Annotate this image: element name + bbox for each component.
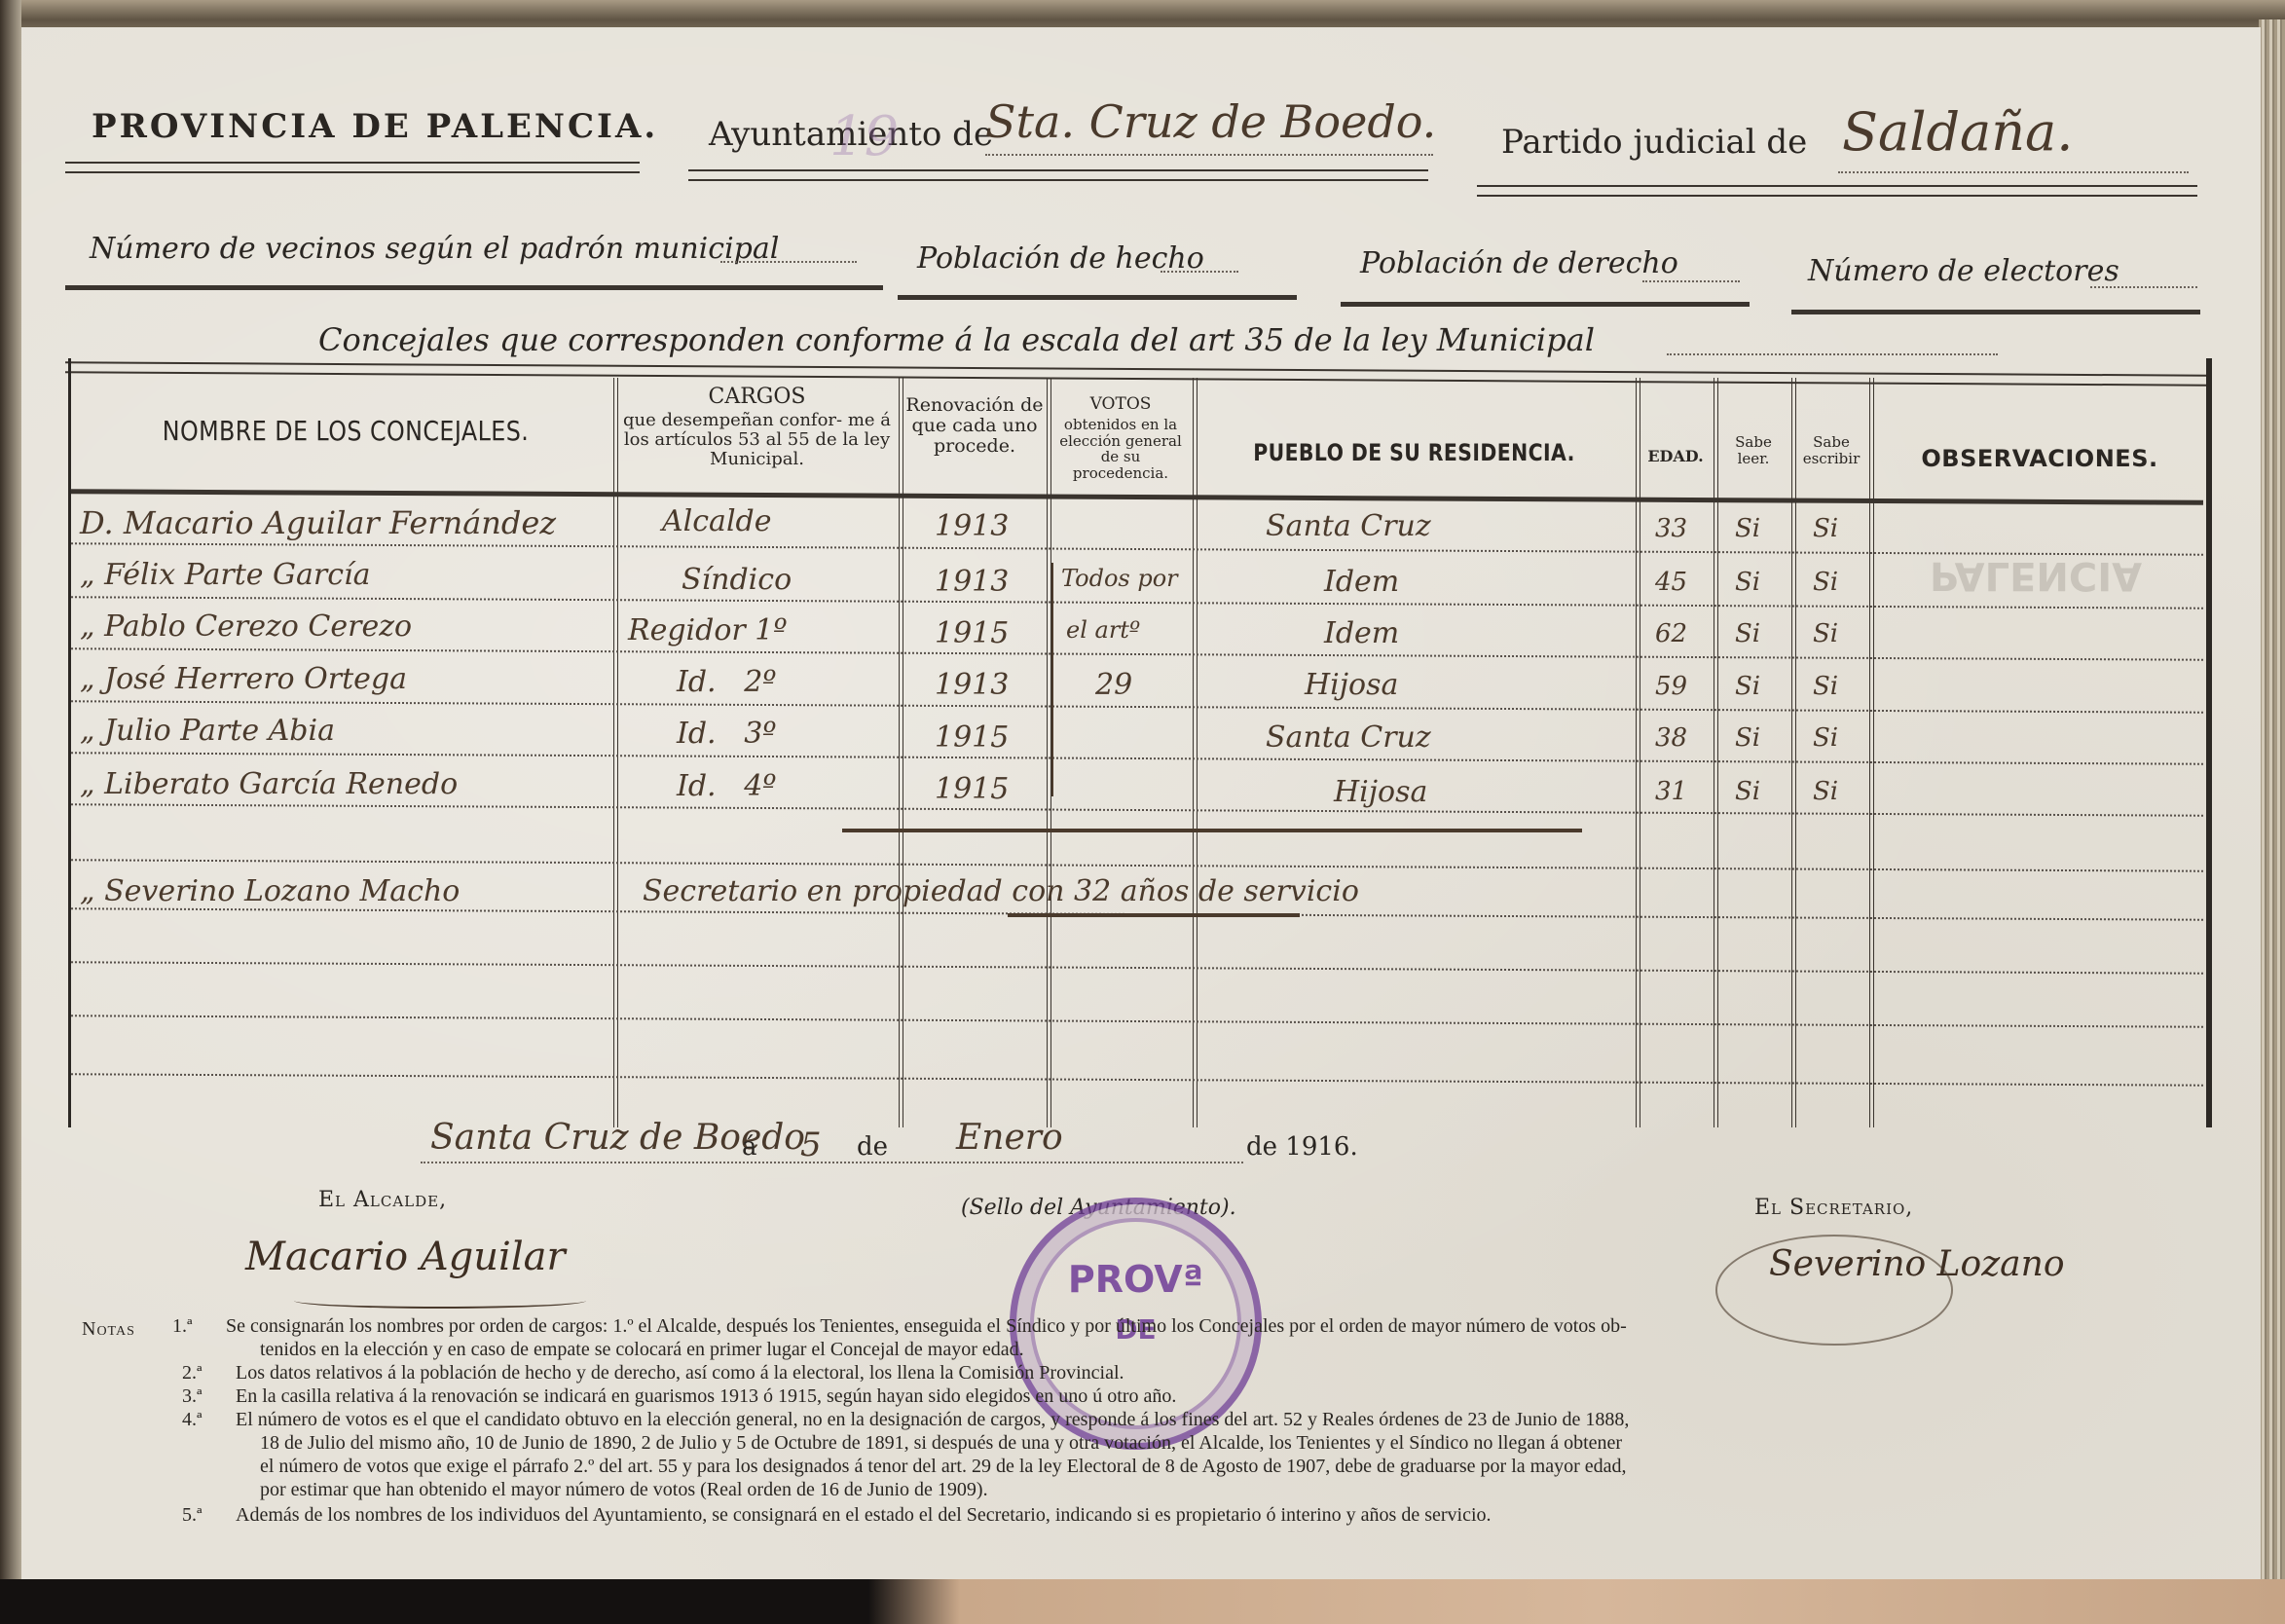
closing-rule [842, 829, 1582, 832]
column-divider [1047, 378, 1048, 1127]
secretario-label: El Secretario, [1754, 1196, 1913, 1220]
row-cargo: Id. 2º [677, 665, 776, 699]
column-divider [613, 378, 614, 1127]
column-divider [1636, 378, 1637, 1127]
row-sabe-leer: Si [1735, 514, 1760, 543]
row-rule [71, 542, 2203, 555]
book-bottom-edge [0, 1579, 2285, 1624]
column-divider [1869, 378, 1870, 1127]
row-renovacion: 1915 [935, 616, 1009, 650]
note-number: 3.ª [182, 1384, 203, 1408]
alcalde-signature: Macario Aguilar [245, 1235, 566, 1279]
row-edad: 45 [1655, 568, 1687, 597]
row-edad: 33 [1655, 514, 1687, 543]
notes-label: Notas [82, 1317, 135, 1341]
row-sabe-escribir: Si [1813, 514, 1838, 543]
col-header-pueblo: PUEBLO DE SU RESIDENCIA. [1230, 440, 1598, 465]
column-divider [1791, 378, 1792, 1127]
row-pueblo: Hijosa [1305, 668, 1398, 702]
date-a: á [742, 1132, 757, 1162]
row-rule [71, 1015, 2203, 1027]
row-votos: Todos por [1061, 565, 1178, 592]
row-votos: 29 [1095, 668, 1132, 702]
scale-dotted-line [1667, 353, 1998, 355]
row-rule [71, 1073, 2203, 1086]
ayuntamiento-value: Sta. Cruz de Boedo. [985, 95, 1436, 148]
row-renovacion: 1913 [935, 509, 1009, 543]
note-line: Se consignarán los nombres por orden de … [226, 1314, 1627, 1338]
row-pueblo: Idem [1324, 616, 1399, 650]
date-de: de [857, 1132, 888, 1162]
population-rule [65, 285, 883, 290]
row-pueblo: Santa Cruz [1266, 720, 1431, 755]
scale-heading: Concejales que corresponden conforme á l… [318, 321, 1595, 358]
vecinos-label: Número de vecinos según el padrón munici… [90, 232, 779, 266]
table-right-border [2206, 358, 2212, 1127]
row-rule [71, 961, 2203, 974]
row-cargo: Alcalde [662, 504, 772, 538]
row-sabe-leer: Si [1735, 672, 1760, 701]
derecho-dotted-line [1642, 280, 1740, 282]
row-pueblo: Santa Cruz [1266, 509, 1431, 543]
row-sabe-leer: Si [1735, 568, 1760, 597]
row-cargo: Id. 4º [677, 769, 776, 803]
header-bottom-rule [71, 489, 2203, 504]
row-edad: 38 [1655, 723, 1687, 753]
col-header-votos-sub: obtenidos en la elección general de su p… [1051, 417, 1190, 481]
row-renovacion: 1913 [935, 565, 1009, 599]
row-nombre: „ José Herrero Ortega [80, 662, 407, 696]
row-renovacion: 1915 [935, 772, 1009, 806]
row-edad: 62 [1655, 619, 1687, 648]
population-rule [898, 295, 1297, 300]
row-pueblo: Hijosa [1334, 775, 1427, 809]
row-rule [71, 596, 2203, 609]
vecinos-dotted-line [720, 261, 857, 263]
column-divider [1193, 378, 1194, 1127]
row-renovacion: 1913 [935, 668, 1009, 702]
col-header-cargos-sub: que desempeñan confor- me á los artículo… [618, 411, 896, 468]
col-header-renovacion: Renovación de que cada uno procede. [905, 395, 1044, 457]
note-number: 4.ª [182, 1408, 203, 1431]
note-line: por estimar que han obtenido el mayor nú… [260, 1478, 988, 1501]
population-rule [1791, 310, 2200, 314]
column-divider [899, 378, 900, 1127]
row-sabe-escribir: Si [1813, 568, 1838, 597]
row-edad: 31 [1655, 777, 1687, 806]
header-rule [65, 162, 640, 173]
date-year: de 1916. [1246, 1132, 1358, 1162]
row-cargo: Regidor 1º [628, 613, 787, 647]
row-sabe-leer: Si [1735, 723, 1760, 753]
col-header-edad: EDAD. [1638, 448, 1714, 465]
province-title: PROVINCIA DE PALENCIA. [92, 107, 658, 146]
row-rule [71, 859, 2203, 871]
row-nombre: „ Pablo Cerezo Cerezo [80, 609, 412, 644]
note-number: 1.ª [172, 1314, 193, 1338]
row-nombre: „ Liberato García Renedo [80, 767, 458, 801]
note-line: 18 de Julio del mismo año, 10 de Junio d… [260, 1431, 1622, 1455]
row-sabe-escribir: Si [1813, 723, 1838, 753]
pencil-mark: 19 [829, 105, 899, 168]
electores-dotted-line [2090, 286, 2197, 288]
row-nombre: D. Macario Aguilar Fernández [80, 504, 556, 541]
row-rule [71, 803, 2203, 816]
note-line: El número de votos es el que el candidat… [236, 1408, 1629, 1431]
row-rule [71, 752, 2203, 764]
secretary-note: Secretario en propiedad con 32 años de s… [643, 874, 1359, 908]
hecho-dotted-line [1161, 271, 1238, 273]
show-through-text: PALENCIA [1930, 553, 2142, 598]
column-divider [1714, 378, 1714, 1127]
row-sabe-leer: Si [1735, 619, 1760, 648]
votes-bracket [1051, 563, 1061, 796]
col-header-votos-title: VOTOS [1051, 395, 1190, 414]
row-votos: el artº [1066, 616, 1140, 644]
ayuntamiento-dotted-line [985, 154, 1433, 156]
partido-dotted-line [1838, 171, 2189, 173]
concejales-table: NOMBRE DE LOS CONCEJALES. CARGOS que des… [68, 358, 2210, 1137]
row-pueblo: Idem [1324, 565, 1399, 599]
book-page-stack [2259, 19, 2285, 1597]
note-number: 2.ª [182, 1361, 203, 1384]
row-rule [71, 647, 2203, 660]
secretary-nombre: „ Severino Lozano Macho [80, 874, 460, 908]
col-header-sabe-leer: Sabe leer. [1718, 434, 1788, 466]
partido-label: Partido judicial de [1501, 123, 1807, 162]
row-cargo: Síndico [682, 563, 792, 597]
row-sabe-leer: Si [1735, 777, 1760, 806]
table-left-border [68, 358, 71, 1127]
row-nombre: „ Félix Parte García [80, 558, 371, 592]
document-page: PROVINCIA DE PALENCIA. Ayuntamiento de S… [21, 27, 2261, 1585]
electores-label: Número de electores [1808, 254, 2119, 288]
alcalde-rubric [294, 1293, 586, 1309]
row-renovacion: 1915 [935, 720, 1009, 755]
row-nombre: „ Julio Parte Abia [80, 714, 335, 748]
note-line: el número de votos que exige el párrafo … [260, 1455, 1627, 1478]
population-rule [1341, 302, 1750, 307]
date-dotted-line [421, 1162, 1243, 1163]
row-cargo: Id. 3º [677, 717, 776, 751]
note-number: 5.ª [182, 1503, 203, 1527]
col-header-sabe-escribir: Sabe escribir [1796, 434, 1866, 466]
col-header-cargos-title: CARGOS [618, 386, 896, 409]
row-sabe-escribir: Si [1813, 777, 1838, 806]
note-line: Además de los nombres de los individuos … [236, 1503, 1492, 1527]
secretario-rubric [1715, 1235, 1953, 1346]
note-line: tenidos en la elección y en caso de empa… [260, 1338, 1024, 1361]
date-month: Enero [956, 1118, 1063, 1158]
row-sabe-escribir: Si [1813, 672, 1838, 701]
row-rule [71, 700, 2203, 713]
poblacion-derecho-label: Población de derecho [1360, 246, 1678, 280]
note-line: En la casilla relativa á la renovación s… [236, 1384, 1176, 1408]
header-rule [688, 169, 1428, 181]
stamp-text-prov: PROVª [1016, 1258, 1255, 1301]
header-rule [1477, 185, 2197, 197]
book-spine-edge [0, 0, 21, 1624]
partido-value: Saldaña. [1842, 101, 2073, 163]
row-edad: 59 [1655, 672, 1687, 701]
secretary-underline [1008, 913, 1300, 917]
note-line: Los datos relativos á la población de he… [236, 1361, 1124, 1384]
col-header-observaciones: OBSERVACIONES. [1879, 446, 2200, 471]
date-day: 5 [800, 1126, 822, 1164]
alcalde-label: El Alcalde, [318, 1188, 447, 1212]
col-header-nombre: NOMBRE DE LOS CONCEJALES. [127, 417, 566, 447]
row-sabe-escribir: Si [1813, 619, 1838, 648]
